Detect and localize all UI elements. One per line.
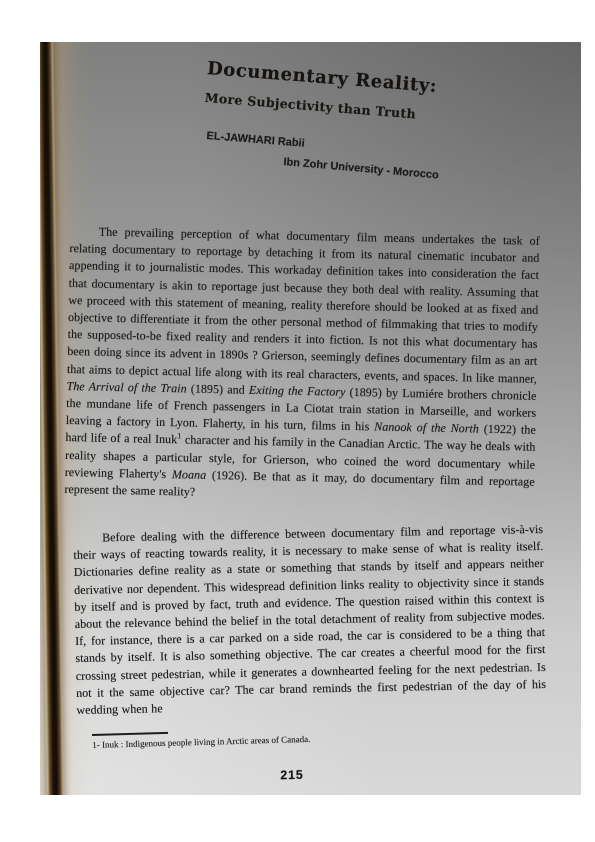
paragraph-text: The prevailing perception of what docume… bbox=[67, 225, 540, 386]
page-number: 215 bbox=[262, 767, 322, 782]
film-title-italic: Moana bbox=[172, 467, 207, 482]
scan-background: Documentary Reality: More Subjectivity t… bbox=[0, 0, 595, 842]
body-paragraph-1: The prevailing perception of what docume… bbox=[64, 223, 540, 508]
film-title-italic: The Arrival of the Train bbox=[66, 379, 186, 396]
paragraph-text: (1895) and bbox=[187, 381, 250, 396]
body-paragraph-2: Before dealing with the difference betwe… bbox=[73, 521, 547, 719]
film-title-italic: Nanook of the North bbox=[374, 420, 479, 436]
film-title-italic: Exiting the Factory bbox=[249, 383, 346, 399]
paragraph-text: Before dealing with the difference betwe… bbox=[73, 522, 546, 717]
scanned-page: Documentary Reality: More Subjectivity t… bbox=[40, 42, 581, 795]
